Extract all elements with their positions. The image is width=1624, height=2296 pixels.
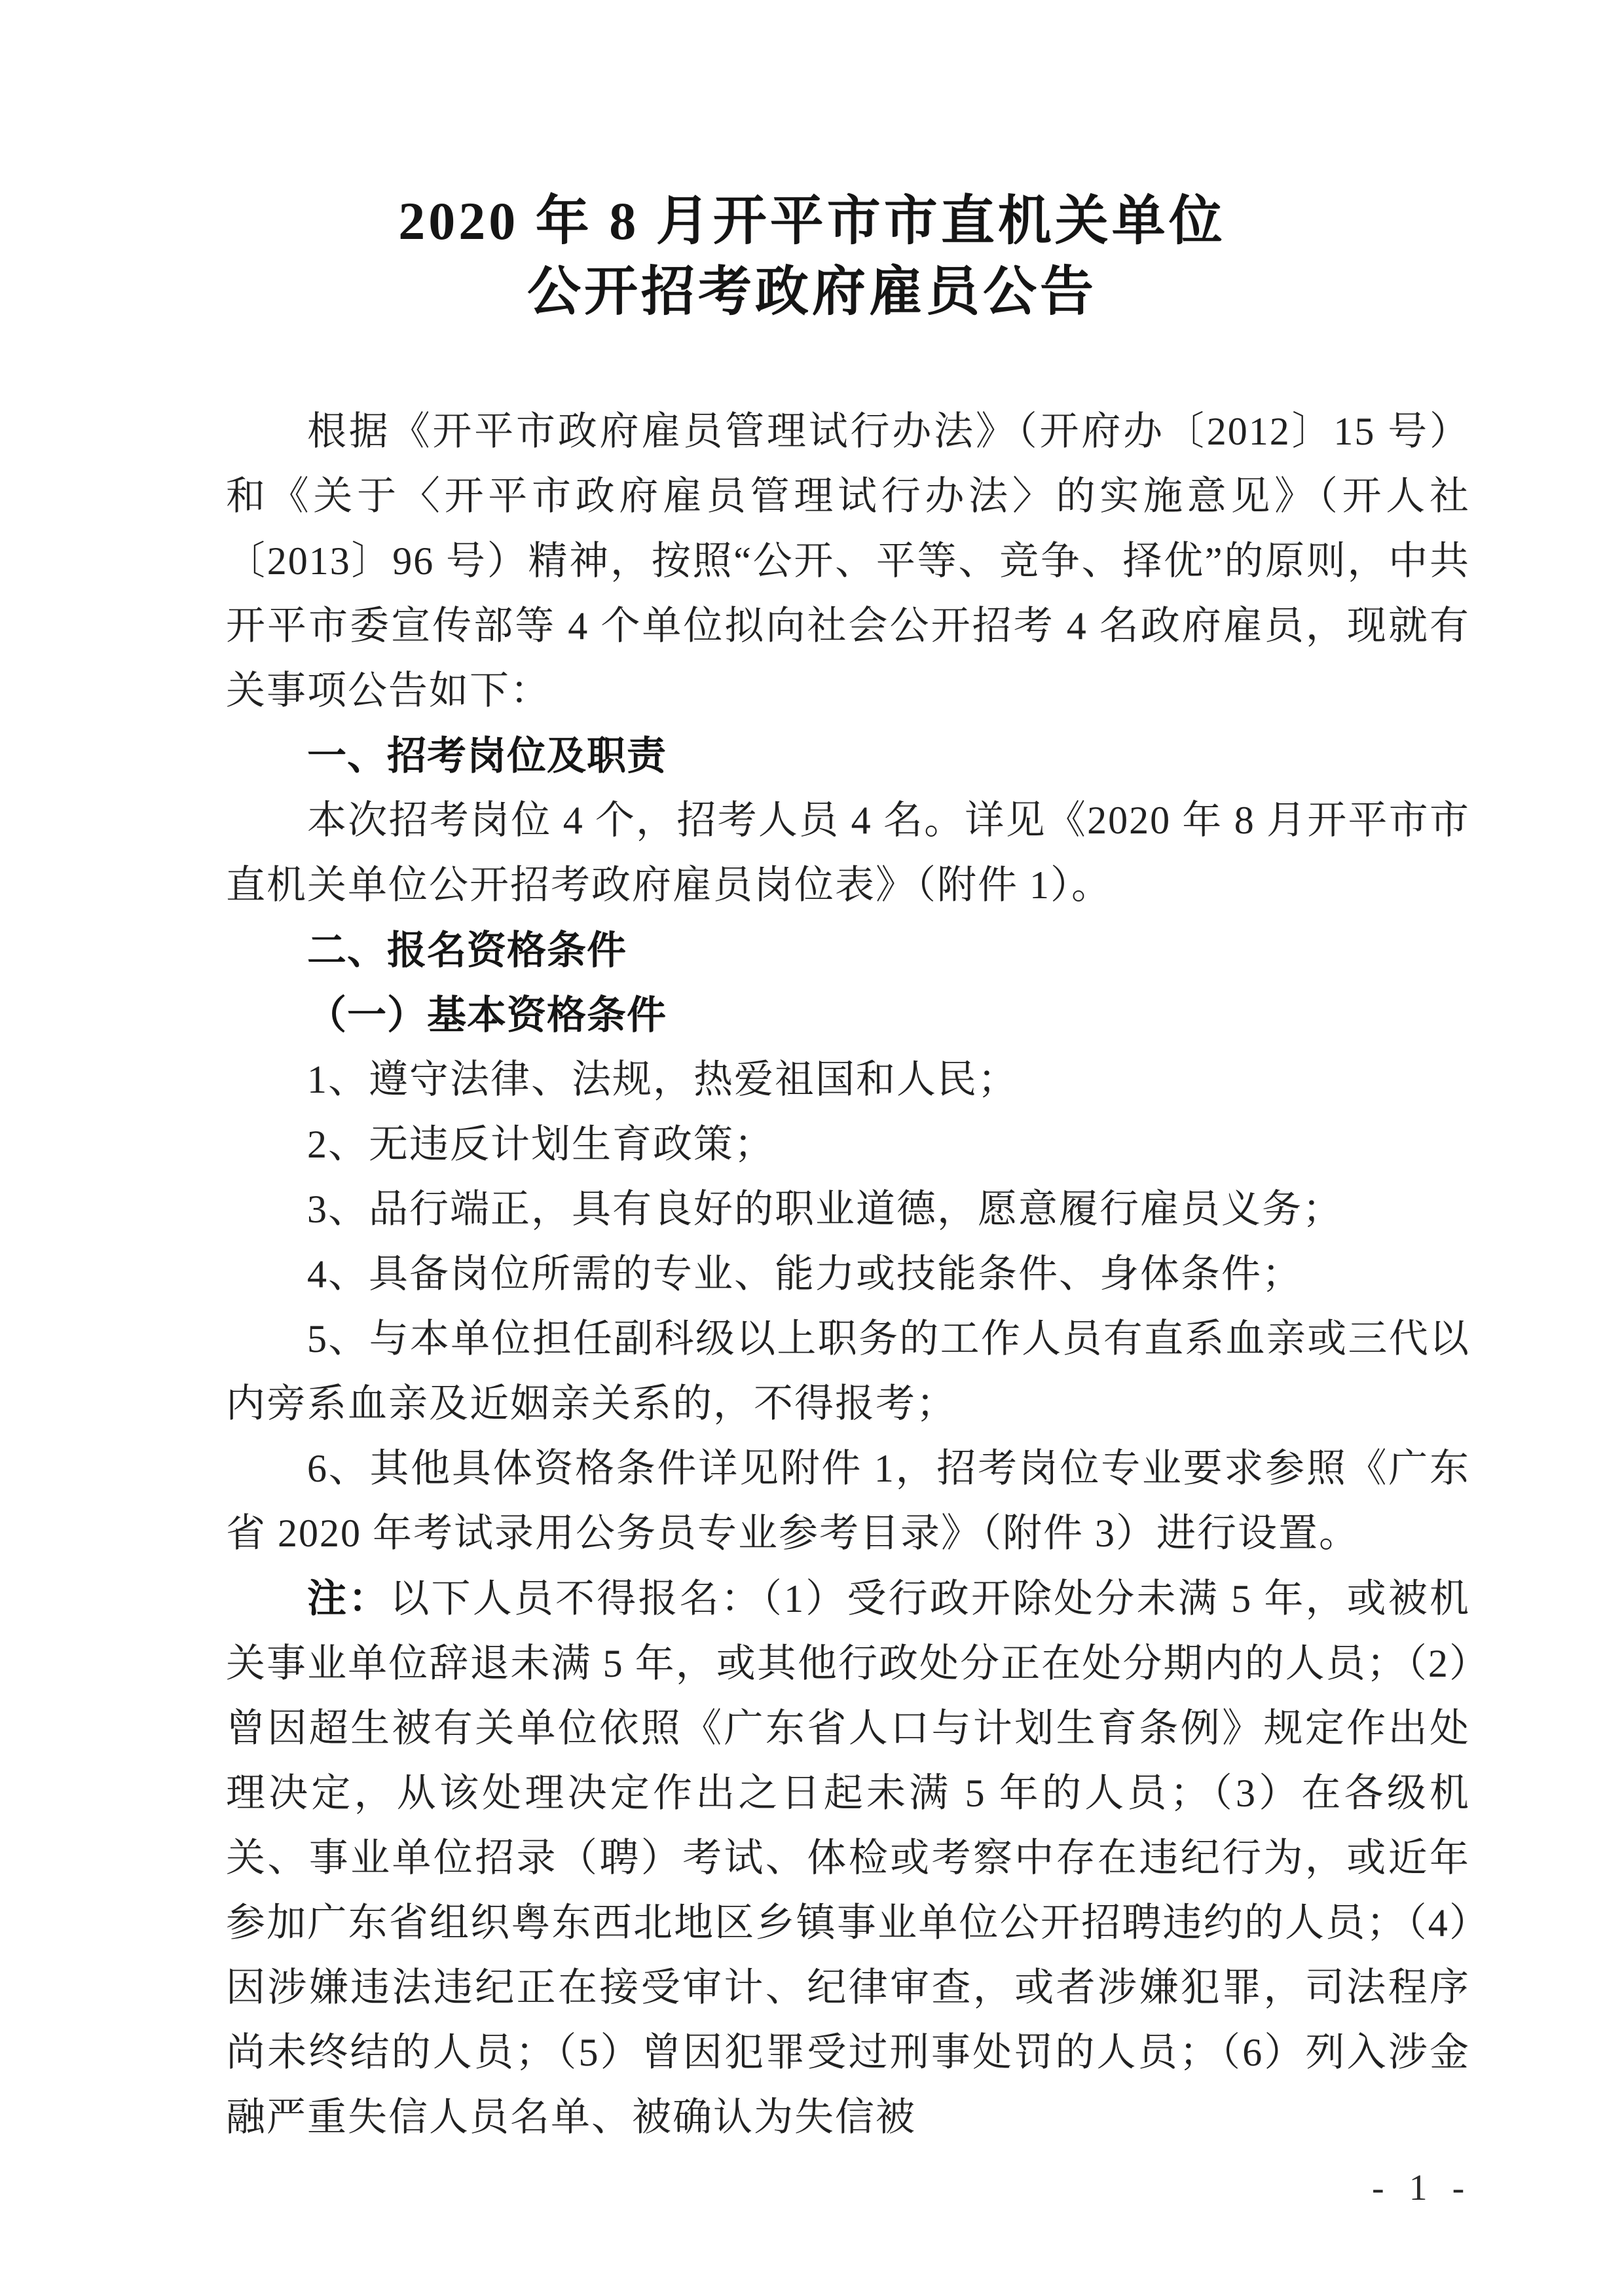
page-number: - 1 - xyxy=(1372,2167,1472,2209)
section-2-heading: 二、报名资格条件 xyxy=(226,918,1470,983)
qualification-item-4: 4、具备岗位所需的专业、能力或技能条件、身体条件； xyxy=(226,1242,1470,1307)
note-text: 以下人员不得报名：（1）受行政开除处分未满 5 年，或被机关事业单位辞退未满 5… xyxy=(226,1577,1470,2139)
qualification-item-2: 2、无违反计划生育政策； xyxy=(226,1112,1470,1177)
document-title: 2020 年 8 月开平市市直机关单位 公开招考政府雇员公告 xyxy=(0,186,1624,327)
basic-qualifications-subheading: （一）基本资格条件 xyxy=(226,983,1470,1048)
recruitment-positions-paragraph: 本次招考岗位 4 个，招考人员 4 名。详见《2020 年 8 月开平市市直机关… xyxy=(226,788,1470,918)
qualification-item-3: 3、品行端正，具有良好的职业道德，愿意履行雇员义务； xyxy=(226,1177,1470,1242)
document-body: 根据《开平市政府雇员管理试行办法》（开府办〔2012〕15 号）和《关于〈开平市… xyxy=(226,399,1470,2150)
document-page: 2020 年 8 月开平市市直机关单位 公开招考政府雇员公告 根据《开平市政府雇… xyxy=(0,0,1624,2296)
section-1-heading: 一、招考岗位及职责 xyxy=(226,723,1470,788)
title-line-1: 2020 年 8 月开平市市直机关单位 xyxy=(0,186,1624,257)
qualification-item-6: 6、其他具体资格条件详见附件 1，招考岗位专业要求参照《广东省 2020 年考试… xyxy=(226,1436,1470,1566)
intro-paragraph: 根据《开平市政府雇员管理试行办法》（开府办〔2012〕15 号）和《关于〈开平市… xyxy=(226,399,1470,723)
qualification-item-5: 5、与本单位担任副科级以上职务的工作人员有直系血亲或三代以内旁系血亲及近姻亲关系… xyxy=(226,1307,1470,1436)
note-paragraph: 注：以下人员不得报名：（1）受行政开除处分未满 5 年，或被机关事业单位辞退未满… xyxy=(226,1566,1470,2150)
qualification-item-1: 1、遵守法律、法规，热爱祖国和人民； xyxy=(226,1048,1470,1112)
title-line-2: 公开招考政府雇员公告 xyxy=(0,257,1624,327)
note-label: 注： xyxy=(307,1576,390,1620)
